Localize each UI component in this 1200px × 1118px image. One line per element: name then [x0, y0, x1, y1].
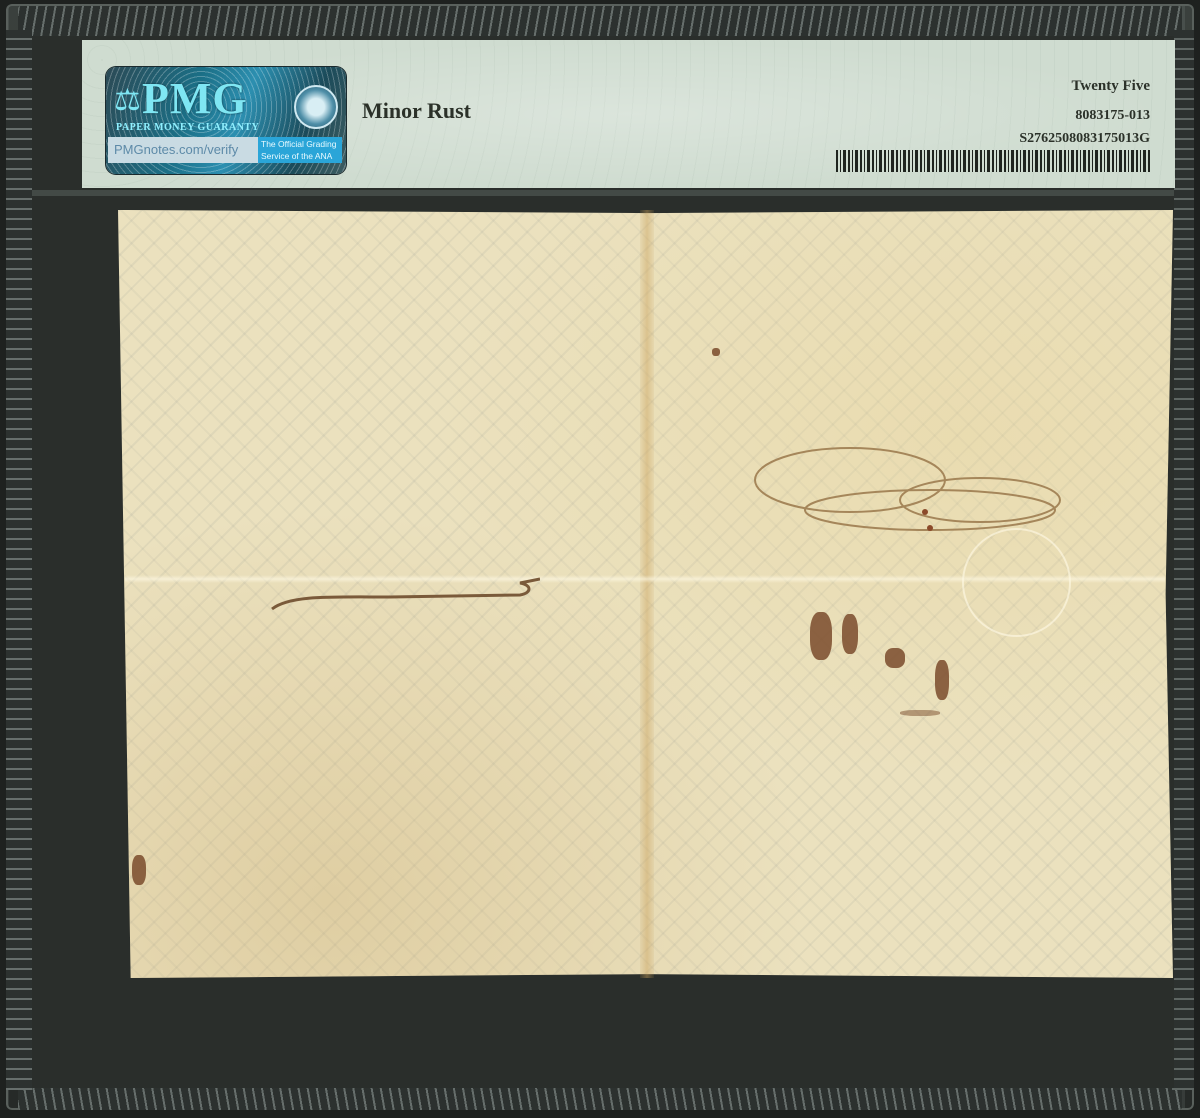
rust-stain	[935, 660, 949, 700]
holder-frame-top	[18, 6, 1182, 36]
barcode	[836, 150, 1150, 172]
label-divider	[32, 190, 1174, 196]
cert-number: 8083175-013	[1075, 108, 1150, 124]
rust-stain	[842, 614, 858, 654]
label-comment: Minor Rust	[362, 98, 471, 124]
ana-seal-icon	[294, 85, 338, 129]
scales-icon: ⚖	[114, 83, 141, 118]
hologram-brand: PMG	[142, 73, 248, 124]
holder-frame-bottom	[18, 1086, 1182, 1110]
rust-stain	[900, 710, 940, 716]
denomination: Twenty Five	[1072, 78, 1150, 95]
barcode-text: S2762508083175013G	[1019, 131, 1150, 147]
vertical-fold	[640, 210, 654, 978]
rust-stain	[712, 348, 720, 356]
hologram-tagline: The Official Grading Service of the ANA	[258, 137, 342, 163]
hologram-subtitle: PAPER MONEY GUARANTY	[116, 122, 259, 133]
embossed-seal	[962, 528, 1071, 637]
holder-frame-right	[1172, 30, 1194, 1090]
signature-flourish	[270, 575, 540, 615]
verify-url: PMGnotes.com/verify	[108, 137, 258, 163]
rust-stain	[810, 612, 832, 660]
rust-stain	[132, 855, 146, 885]
holder-frame-left	[6, 30, 32, 1090]
pmg-hologram: ⚖ PMG PAPER MONEY GUARANTY PMGnotes.com/…	[106, 67, 346, 174]
rust-stain	[885, 648, 905, 668]
